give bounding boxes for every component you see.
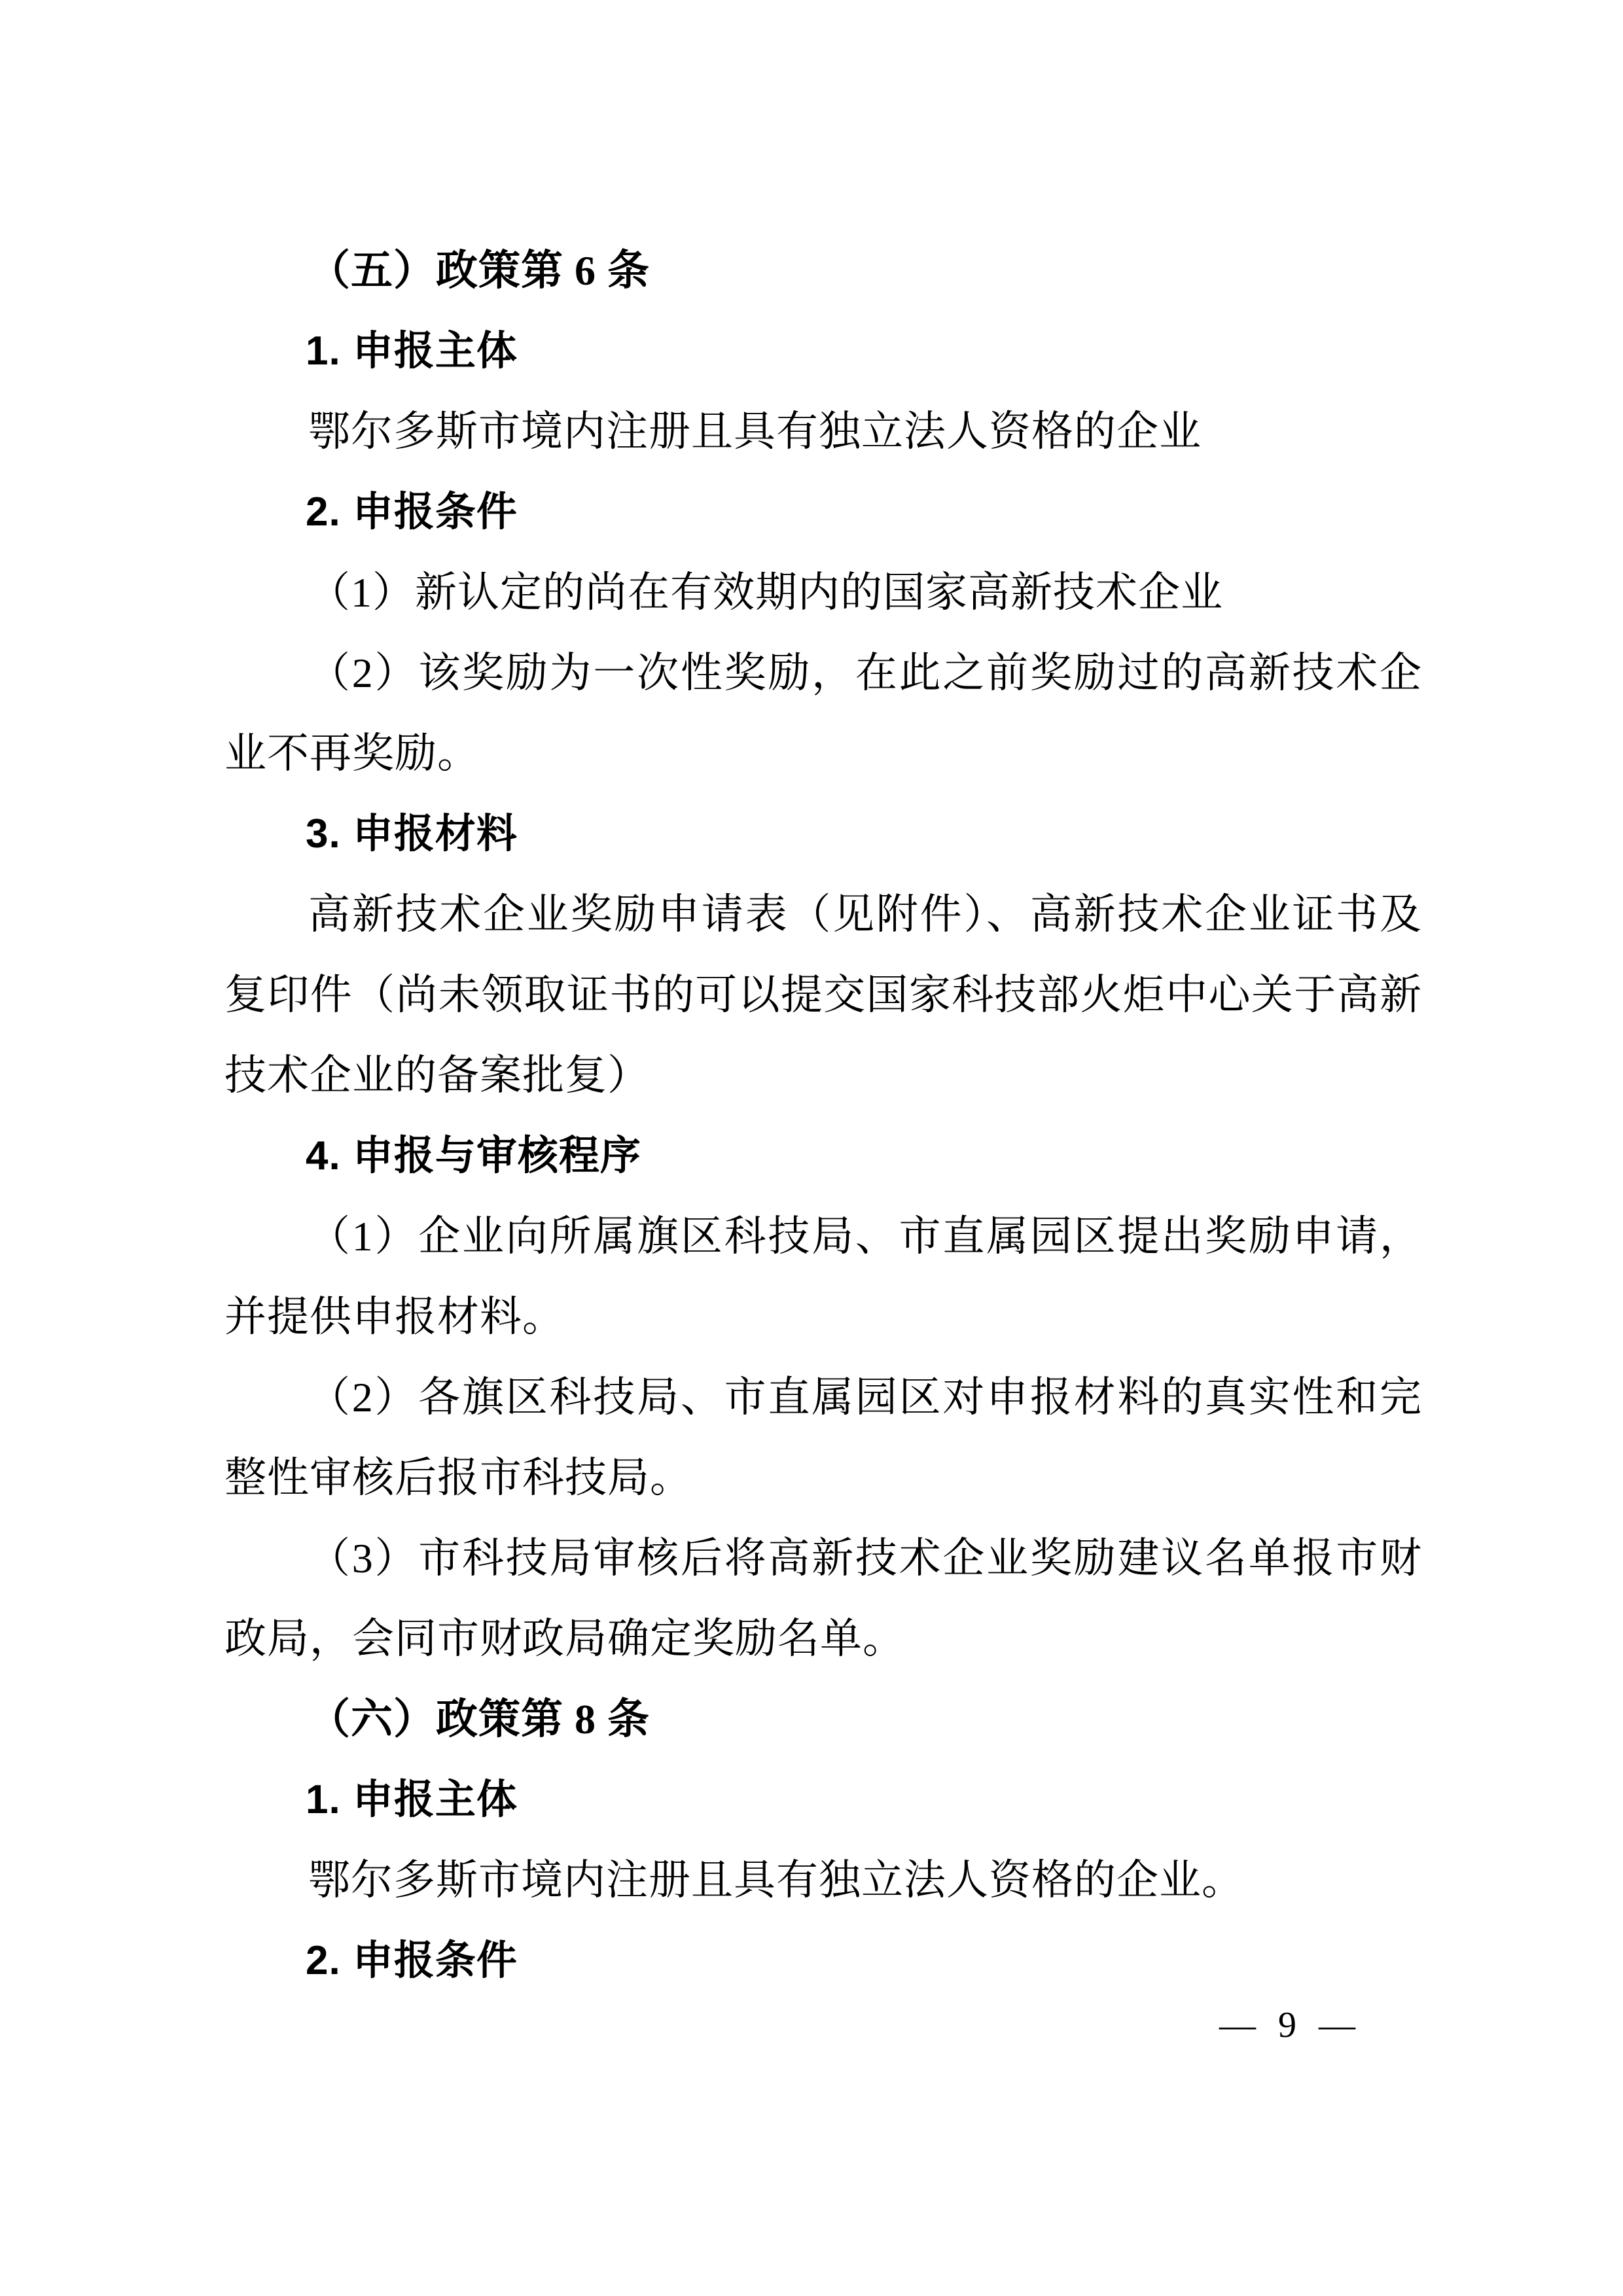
footer-dash-right: — bbox=[1319, 2002, 1355, 2048]
footer-dash-left: — bbox=[1219, 2002, 1256, 2048]
sub-heading-1-subject: 1. 申报主体 bbox=[224, 1759, 1422, 1840]
body-paragraph: 鄂尔多斯市境内注册且具有独立法人资格的企业 bbox=[224, 391, 1422, 472]
body-paragraph: 高新技术企业奖励申请表（见附件）、高新技术企业证书及复印件（尚未领取证书的可以提… bbox=[224, 874, 1422, 1116]
body-paragraph: （3）市科技局审核后将高新技术企业奖励建议名单报市财政局，会同市财政局确定奖励名… bbox=[224, 1518, 1422, 1679]
sub-heading-2-conditions: 2. 申报条件 bbox=[224, 1920, 1422, 2001]
page-footer: — 9 — bbox=[1219, 2002, 1355, 2048]
sub-heading-2-conditions: 2. 申报条件 bbox=[224, 472, 1422, 552]
body-paragraph: 鄂尔多斯市境内注册且具有独立法人资格的企业。 bbox=[224, 1840, 1422, 1920]
sub-heading-4-procedure: 4. 申报与审核程序 bbox=[224, 1116, 1422, 1196]
body-paragraph: （1）企业向所属旗区科技局、市直属园区提出奖励申请，并提供申报材料。 bbox=[224, 1196, 1422, 1357]
page-number: 9 bbox=[1278, 2002, 1296, 2048]
section-heading-6: （六）政策第 8 条 bbox=[224, 1679, 1422, 1759]
body-paragraph: （1）新认定的尚在有效期内的国家高新技术企业 bbox=[224, 552, 1422, 633]
body-paragraph: （2）各旗区科技局、市直属园区对申报材料的真实性和完整性审核后报市科技局。 bbox=[224, 1357, 1422, 1518]
body-paragraph: （2）该奖励为一次性奖励，在此之前奖励过的高新技术企业不再奖励。 bbox=[224, 633, 1422, 794]
sub-heading-1-subject: 1. 申报主体 bbox=[224, 311, 1422, 391]
document-body: （五）政策第 6 条 1. 申报主体 鄂尔多斯市境内注册且具有独立法人资格的企业… bbox=[224, 230, 1422, 2001]
sub-heading-3-materials: 3. 申报材料 bbox=[224, 794, 1422, 874]
document-page: （五）政策第 6 条 1. 申报主体 鄂尔多斯市境内注册且具有独立法人资格的企业… bbox=[0, 0, 1623, 2296]
section-heading-5: （五）政策第 6 条 bbox=[224, 230, 1422, 311]
